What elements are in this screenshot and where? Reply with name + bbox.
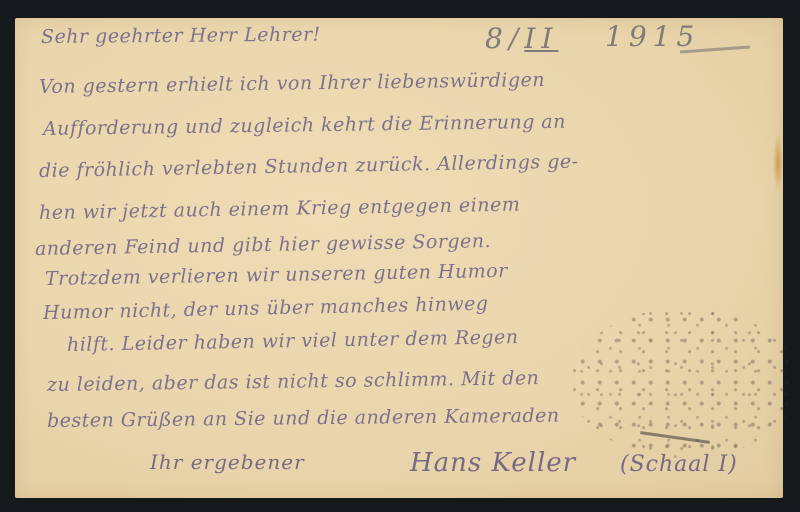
letter-line-10: zu leiden, aber das ist nicht so schlimm… (47, 367, 540, 396)
letter-line-4: die fröhlich verlebten Stunden zurück. A… (39, 151, 579, 182)
letter-line-9: hilft. Leider haben wir viel unter dem R… (67, 326, 519, 356)
postcard: 8/II 1915 Sehr geehrter Herr Lehrer! Von… (15, 18, 783, 498)
letter-line-3: Aufforderung und zugleich kehrt die Erin… (43, 111, 566, 140)
letter-closing: Ihr ergebener (150, 450, 305, 474)
signature-name: Hans Keller (410, 448, 576, 478)
date-day: 8 (485, 22, 509, 55)
signature-unit: (Schaal I) (620, 452, 738, 477)
letter-line-11: besten Grüßen an Sie und die anderen Kam… (47, 405, 560, 432)
letter-line-1: Sehr geehrter Herr Lehrer! (41, 24, 321, 48)
date-month: II (524, 22, 558, 55)
date-separator: / (509, 22, 524, 55)
letter-line-5: hen wir jetzt auch einem Krieg entgegen … (39, 194, 521, 224)
letter-line-2: Von gestern erhielt ich von Ihrer lieben… (39, 69, 545, 98)
letter-line-7: Trotzdem verlieren wir unseren guten Hum… (45, 260, 508, 290)
postmark-stamp (570, 308, 800, 458)
letter-line-6: anderen Feind und gibt hier gewisse Sorg… (35, 230, 491, 260)
date-day-month: 8/II (485, 22, 558, 55)
paper-stain (773, 133, 783, 193)
date-year: 1915 (605, 20, 700, 53)
letter-line-8: Humor nicht, der uns über manches hinweg (43, 293, 489, 324)
